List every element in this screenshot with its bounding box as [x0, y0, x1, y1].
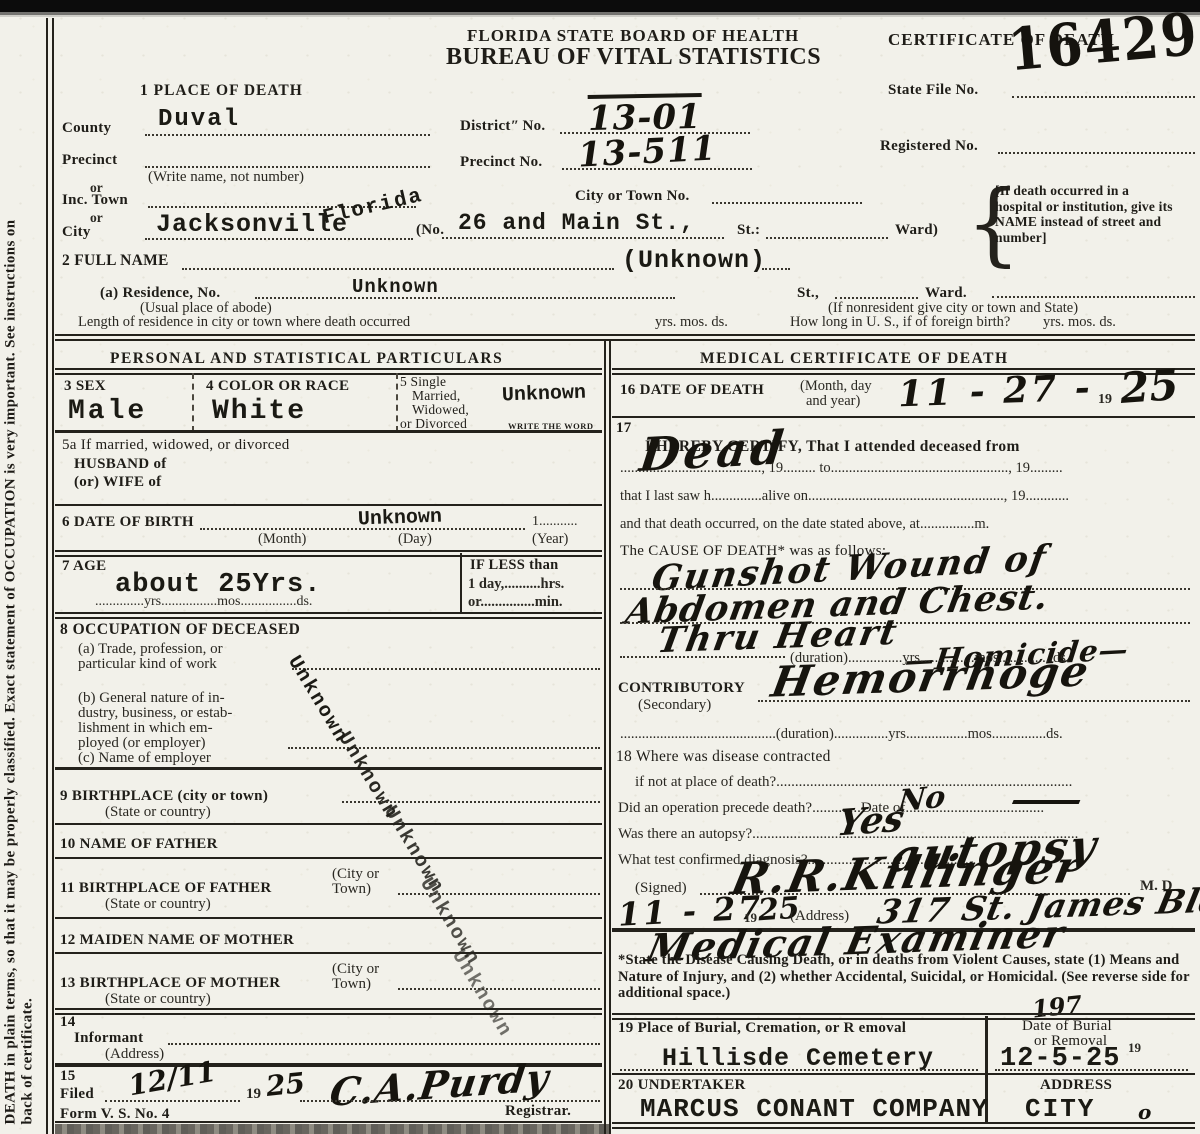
contributory-blank [758, 700, 1190, 702]
violent-death-footnote: *State the Disease Causing Death, or in … [618, 952, 1193, 1002]
dod-bottom [612, 416, 1195, 418]
form-bottom-rule [55, 1121, 602, 1123]
wife-label: (or) WIFE of [74, 474, 161, 491]
city-town-no-blank [712, 202, 862, 204]
mother-birthplace-label: 13 BIRTHPLACE OF MOTHER [60, 975, 280, 992]
city-blank [145, 238, 413, 240]
mother-bp-city2: Town) [332, 976, 371, 993]
dod-year-printed: 19 [1098, 392, 1112, 408]
inc-town-label: Inc. Town [62, 192, 128, 209]
father-bp-blank [398, 893, 600, 895]
filed-year-hand: 25 [264, 1066, 306, 1103]
mother-bp-blank [398, 988, 600, 990]
if-less-line2: 1 day,..........hrs. [468, 576, 564, 593]
filed-blank2 [300, 1100, 600, 1102]
board-title: FLORIDA STATE BOARD OF HEALTH [467, 26, 799, 46]
stray-ink-mark: o [1138, 1100, 1151, 1124]
father-bottom [55, 857, 602, 859]
street-st: St.: [737, 222, 760, 239]
occupation-a2: particular kind of work [78, 656, 217, 673]
birthplace-label: 9 BIRTHPLACE (city or town) [60, 788, 268, 805]
undertaker-value: MARCUS CONANT COMPANY [640, 1094, 989, 1124]
father-birthplace-label: 11 BIRTHPLACE OF FATHER [60, 880, 272, 897]
residence-ward-blank [992, 296, 1195, 298]
length-residence-units: yrs. mos. ds. [655, 314, 728, 331]
place-of-death-title: 1 PLACE OF DEATH [140, 82, 303, 100]
dob-month-hint: (Month) [258, 531, 306, 548]
dod-year-hand: 25 [1118, 360, 1180, 413]
informant-address-hint: (Address) [105, 1046, 164, 1063]
length-residence-line: Length of residence in city or town wher… [78, 314, 410, 331]
birthplace-hint: (State or country) [105, 804, 211, 821]
precinct-no-blank [562, 168, 752, 170]
dob-day-hint: (Day) [398, 531, 432, 548]
how-long-units: yrs. mos. ds. [1043, 314, 1116, 331]
item15-number: 15 [60, 1068, 76, 1085]
father-bp-bottom [55, 917, 602, 919]
column-divider-left [604, 341, 606, 1134]
top-section-divider [55, 334, 1195, 341]
or-2: or [90, 210, 103, 226]
operation-date-dash: — [1009, 780, 1079, 820]
date-of-death-label: 16 DATE OF DEATH [620, 382, 764, 399]
burial-bottom-rule [612, 1122, 1195, 1129]
if-less-line3: or...............min. [468, 594, 563, 611]
residence-st-blank [835, 297, 918, 299]
occupation-c: (c) Name of employer [78, 750, 211, 767]
precinct-hint: (Write name, not number) [148, 169, 304, 186]
burial-date-year: 19 [1128, 1040, 1141, 1056]
registrar-label: Registrar. [505, 1103, 571, 1120]
contributory-value: Hemorrhoge [768, 646, 1094, 706]
registered-blank [998, 152, 1195, 154]
undertaker-address-value: CITY [1025, 1094, 1095, 1124]
death-certificate-document: DEATH in plain terms, so that it may be … [0, 0, 1200, 1134]
contributory-hint: (Secondary) [638, 697, 711, 714]
item17-number: 17 [616, 420, 632, 437]
mother-label: 12 MAIDEN NAME OF MOTHER [60, 932, 294, 949]
precinct-no-label: Precinct No. [460, 154, 542, 171]
state-file-label: State File No. [888, 82, 978, 99]
hospital-note: [If death occurred in a hospital or in­s… [995, 183, 1175, 245]
registered-label: Registered No. [880, 138, 978, 155]
husband-label: HUSBAND of [74, 456, 167, 473]
full-name-blank-left [182, 268, 614, 270]
age-label: 7 AGE [62, 558, 106, 575]
street-st-blank [766, 237, 888, 239]
diagonal-unknown-5: Unknown [446, 946, 516, 1042]
item18-label: 18 Where was disease contracted [616, 748, 831, 766]
bureau-title: BUREAU OF VITAL STATISTICS [446, 44, 821, 71]
district-no-label: Districtʺ No. [460, 118, 545, 135]
margin-instructions: DEATH in plain terms, so that it may be … [3, 10, 41, 1125]
mother-bp-bottom [55, 1008, 602, 1015]
mother-bp-hint: (State or country) [105, 991, 211, 1008]
how-long-us: How long in U. S., if of foreign birth? [790, 314, 1010, 331]
city-label: City [62, 224, 91, 241]
full-name-blank-right [762, 268, 790, 270]
birthplace-bottom [55, 823, 602, 825]
occupation-label: 8 OCCUPATION OF DECEASED [60, 621, 300, 639]
county-value: Duval [158, 106, 240, 133]
dob-value: Unknown [358, 506, 443, 532]
date-of-death-value: 11 - 27 - [897, 367, 1093, 416]
precinct-blank [145, 166, 430, 168]
personal-header-underline [55, 368, 602, 375]
date-of-death-hint2: and year) [806, 393, 860, 410]
street-value: 26 and Main St., [458, 210, 695, 236]
residence-st: St., [797, 285, 819, 302]
county-blank [145, 134, 430, 136]
scan-bottom-strip [55, 1124, 610, 1134]
death-occurred-line: and that death occurred, on the date sta… [620, 516, 989, 533]
precinct-label: Precinct [62, 152, 117, 169]
operation-line: Did an operation precede death?.........… [618, 800, 1044, 817]
birthplace-blank [342, 801, 600, 803]
row345-bottom [55, 430, 602, 433]
mother-bottom [55, 952, 602, 954]
residence-blank [255, 297, 675, 299]
sex-label: 3 SEX [64, 378, 106, 395]
burial-mid-rule [612, 1073, 1195, 1075]
dob-year-hint: (Year) [532, 531, 568, 548]
residence-value: Unknown [352, 276, 439, 298]
county-label: County [62, 120, 111, 137]
full-name-label: 2 FULL NAME [62, 252, 169, 270]
burial-place-label: 19 Place of Burial, Cremation, or R emov… [618, 1020, 906, 1037]
race-value: White [212, 396, 306, 427]
margin-line1: DEATH in plain terms, so that it may be … [3, 10, 20, 1125]
age-units: ..............yrs................mos....… [95, 594, 312, 610]
dob-label: 6 DATE OF BIRTH [62, 514, 194, 531]
column-divider-right [609, 341, 611, 1134]
age-bottom [55, 612, 602, 619]
occupation-bottom [55, 767, 602, 770]
full-name-value: (Unknown) [622, 246, 766, 275]
informant-blank [168, 1043, 600, 1045]
cause-blank3 [620, 656, 785, 658]
undertaker-address-label: ADDRESS [1040, 1077, 1112, 1094]
informant-label: Informant [74, 1030, 143, 1047]
race-label: 4 COLOR OR RACE [206, 378, 349, 395]
dob-year-blank: 1........... [532, 514, 578, 530]
filed-year-printed: 19 [246, 1086, 261, 1103]
undertaker-label: 20 UNDERTAKER [618, 1077, 746, 1094]
age-cell-divider [460, 553, 462, 612]
burial-date-blank [995, 1069, 1188, 1071]
city-town-no-label: City or Town No. [575, 188, 690, 205]
race-marital-divider [396, 373, 398, 432]
last-saw-line: that I last saw h..............alive on.… [620, 488, 1069, 505]
father-bp-city2: Town) [332, 881, 371, 898]
margin-line2: back of certificate. [20, 10, 37, 1125]
personal-header: PERSONAL AND STATISTICAL PARTICULARS [110, 350, 503, 368]
contributory-duration-line: ........................................… [620, 726, 1063, 743]
street-prefix: (No. [416, 222, 444, 239]
filed-label: Filed [60, 1086, 94, 1103]
street-ward: Ward) [895, 222, 938, 239]
filed-blank1 [105, 1100, 240, 1102]
certify-dates-blanks: .......................................,… [620, 460, 1063, 477]
occupation-b-blank [288, 747, 600, 749]
sex-value: Male [68, 396, 147, 427]
sex-race-divider [192, 373, 194, 432]
state-file-blank [1012, 96, 1195, 98]
row5a-bottom [55, 504, 602, 506]
city-value: Jacksonville [156, 210, 348, 239]
marital-value: Unknown [502, 382, 587, 408]
occupation-a-blank [292, 668, 600, 670]
father-bp-hint: (State or country) [105, 896, 211, 913]
left-border-inner [52, 18, 54, 1134]
left-border-outer [46, 18, 48, 1134]
if-less-line1: IF LESS than [470, 557, 559, 574]
burial-place-blank [620, 1069, 978, 1071]
item5a-label: 5a If married, widowed, or divorced [62, 437, 290, 454]
contributory-label: CONTRIBUTORY [618, 680, 745, 697]
medical-header: MEDICAL CERTIFICATE OF DEATH [700, 350, 1009, 368]
street-blank [442, 237, 724, 239]
item14-number: 14 [60, 1014, 76, 1031]
not-at-place-line: if not at place of death?...............… [635, 774, 1072, 791]
dob-bottom [55, 550, 602, 557]
father-label: 10 NAME OF FATHER [60, 836, 218, 853]
